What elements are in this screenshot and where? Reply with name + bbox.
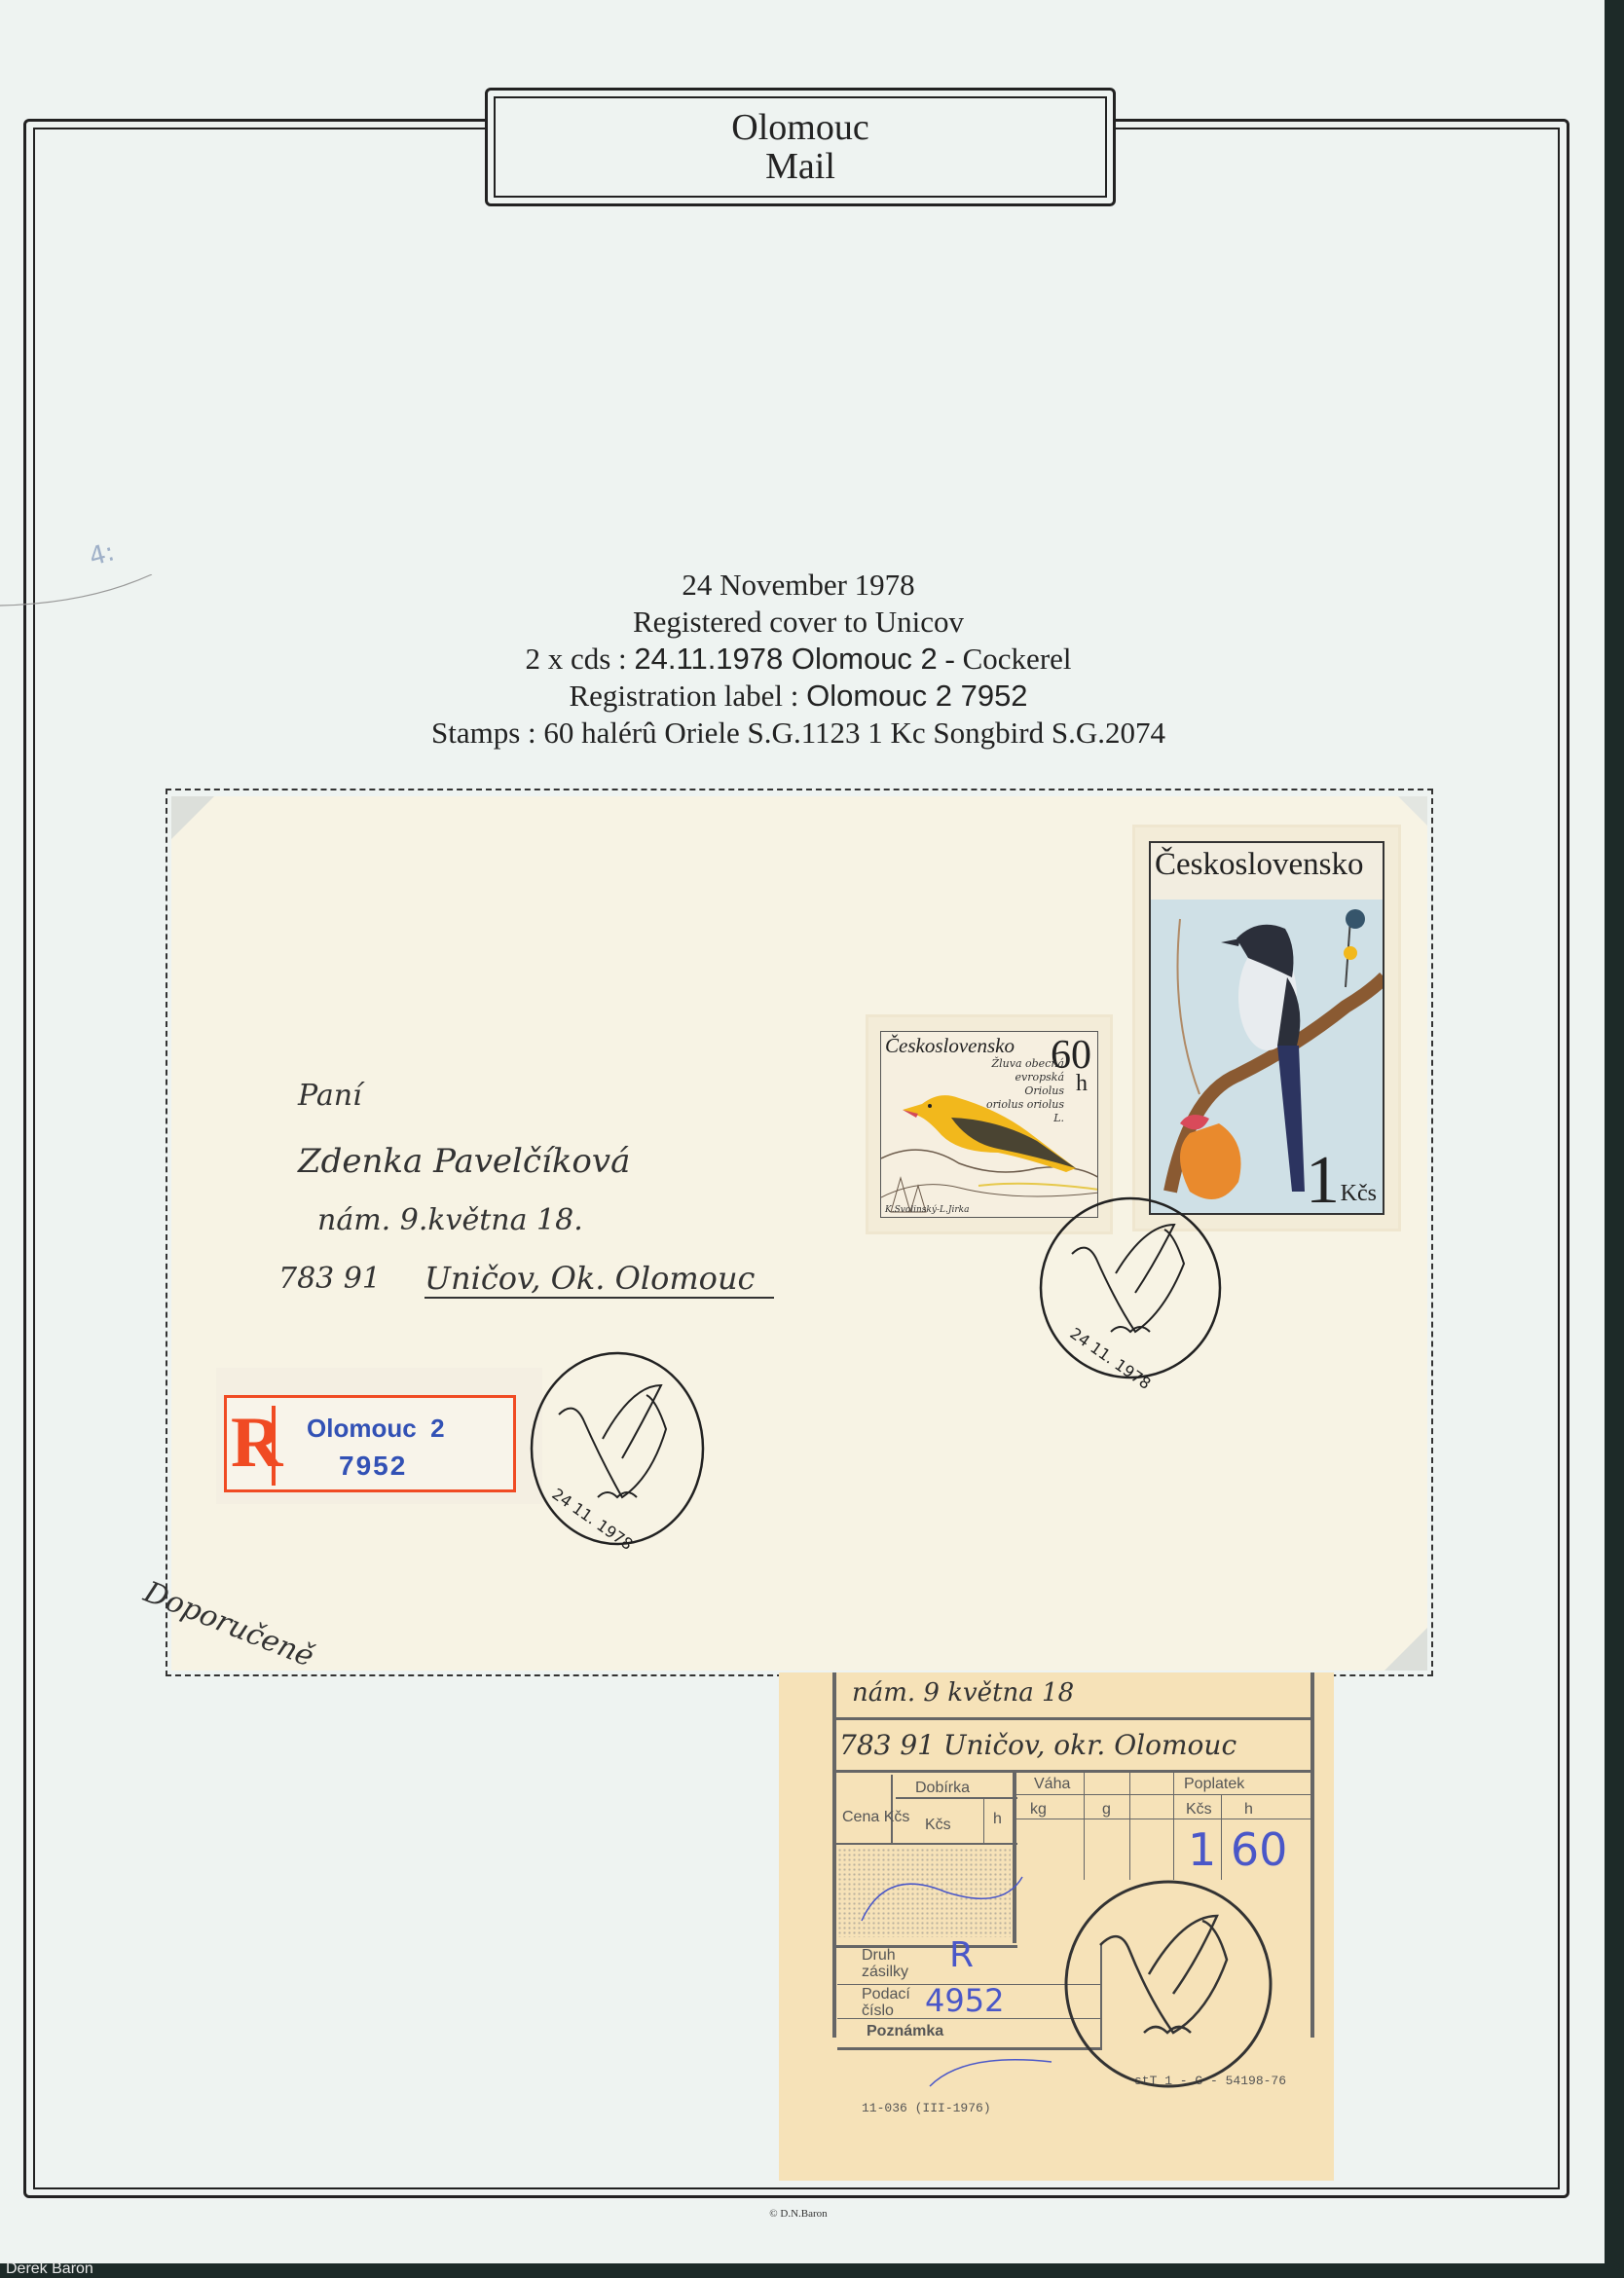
address-name: Zdenka Pavelčíková <box>298 1142 630 1181</box>
caption-date: 24 November 1978 <box>0 567 1597 604</box>
page-subtitle: Mail <box>765 147 835 186</box>
postmark-cockerel-icon: 24 11. 1978 <box>520 1341 715 1556</box>
caption-registration: Registration label : Olomouc 2 7952 <box>0 678 1597 715</box>
scan-border-bottom <box>0 2263 1624 2278</box>
photo-corner-icon <box>1398 796 1427 826</box>
receipt-street: nám. 9 května 18 <box>852 1678 1074 1708</box>
address-salutation: Paní <box>298 1079 362 1113</box>
scan-border-right <box>1605 0 1624 2278</box>
watermark: Derek Baron <box>6 2260 93 2278</box>
reg-office: Olomouc 2 <box>307 1414 445 1444</box>
address-town: Uničov, Ok. Olomouc <box>424 1260 774 1299</box>
ink-stroke <box>857 1867 1032 1926</box>
postmark-cockerel-icon: 24 11. 1978 <box>1028 1186 1233 1390</box>
receipt-town: 783 91 Uničov, okr. Olomouc <box>839 1729 1236 1761</box>
caption: 24 November 1978 Registered cover to Uni… <box>0 567 1597 752</box>
stamp-magpie-1kcs: Československo 1 Kčs <box>1135 827 1398 1229</box>
postmark-cockerel-icon <box>1052 1867 1285 2101</box>
page-title: Olomouc <box>731 108 868 147</box>
magpie-illustration <box>1151 900 1384 1215</box>
caption-cds: 2 x cds : 24.11.1978 Olomouc 2 - Cockere… <box>0 641 1597 678</box>
form-code: 11-036 (III-1976) <box>862 2101 991 2115</box>
address-street: nám. 9.května 18. <box>317 1203 583 1237</box>
registration-label: R Olomouc 2 7952 <box>216 1368 542 1504</box>
copyright-notice: © D.N.Baron <box>0 2208 1597 2220</box>
photo-corner-icon <box>1384 1628 1427 1671</box>
photo-corner-icon <box>171 796 214 839</box>
ink-stroke <box>925 2052 1061 2091</box>
caption-description: Registered cover to Unicov <box>0 604 1597 641</box>
reg-number: 7952 <box>339 1451 407 1482</box>
title-box: Olomouc Mail <box>485 88 1116 206</box>
podaci-value: 4952 <box>925 1982 1004 2019</box>
svg-text:24 11. 1978: 24 11. 1978 <box>1067 1324 1155 1390</box>
address-postcode: 783 91 <box>278 1262 381 1296</box>
registered-cover: Paní Zdenka Pavelčíková nám. 9.května 18… <box>171 796 1427 1671</box>
posting-receipt: nám. 9 května 18 783 91 Uničov, okr. Olo… <box>779 1672 1334 2181</box>
svg-text:24 11. 1978: 24 11. 1978 <box>549 1485 637 1554</box>
caption-stamps: Stamps : 60 halérû Oriele S.G.1123 1 Kc … <box>0 715 1597 752</box>
druh-value: R <box>949 1935 974 1975</box>
